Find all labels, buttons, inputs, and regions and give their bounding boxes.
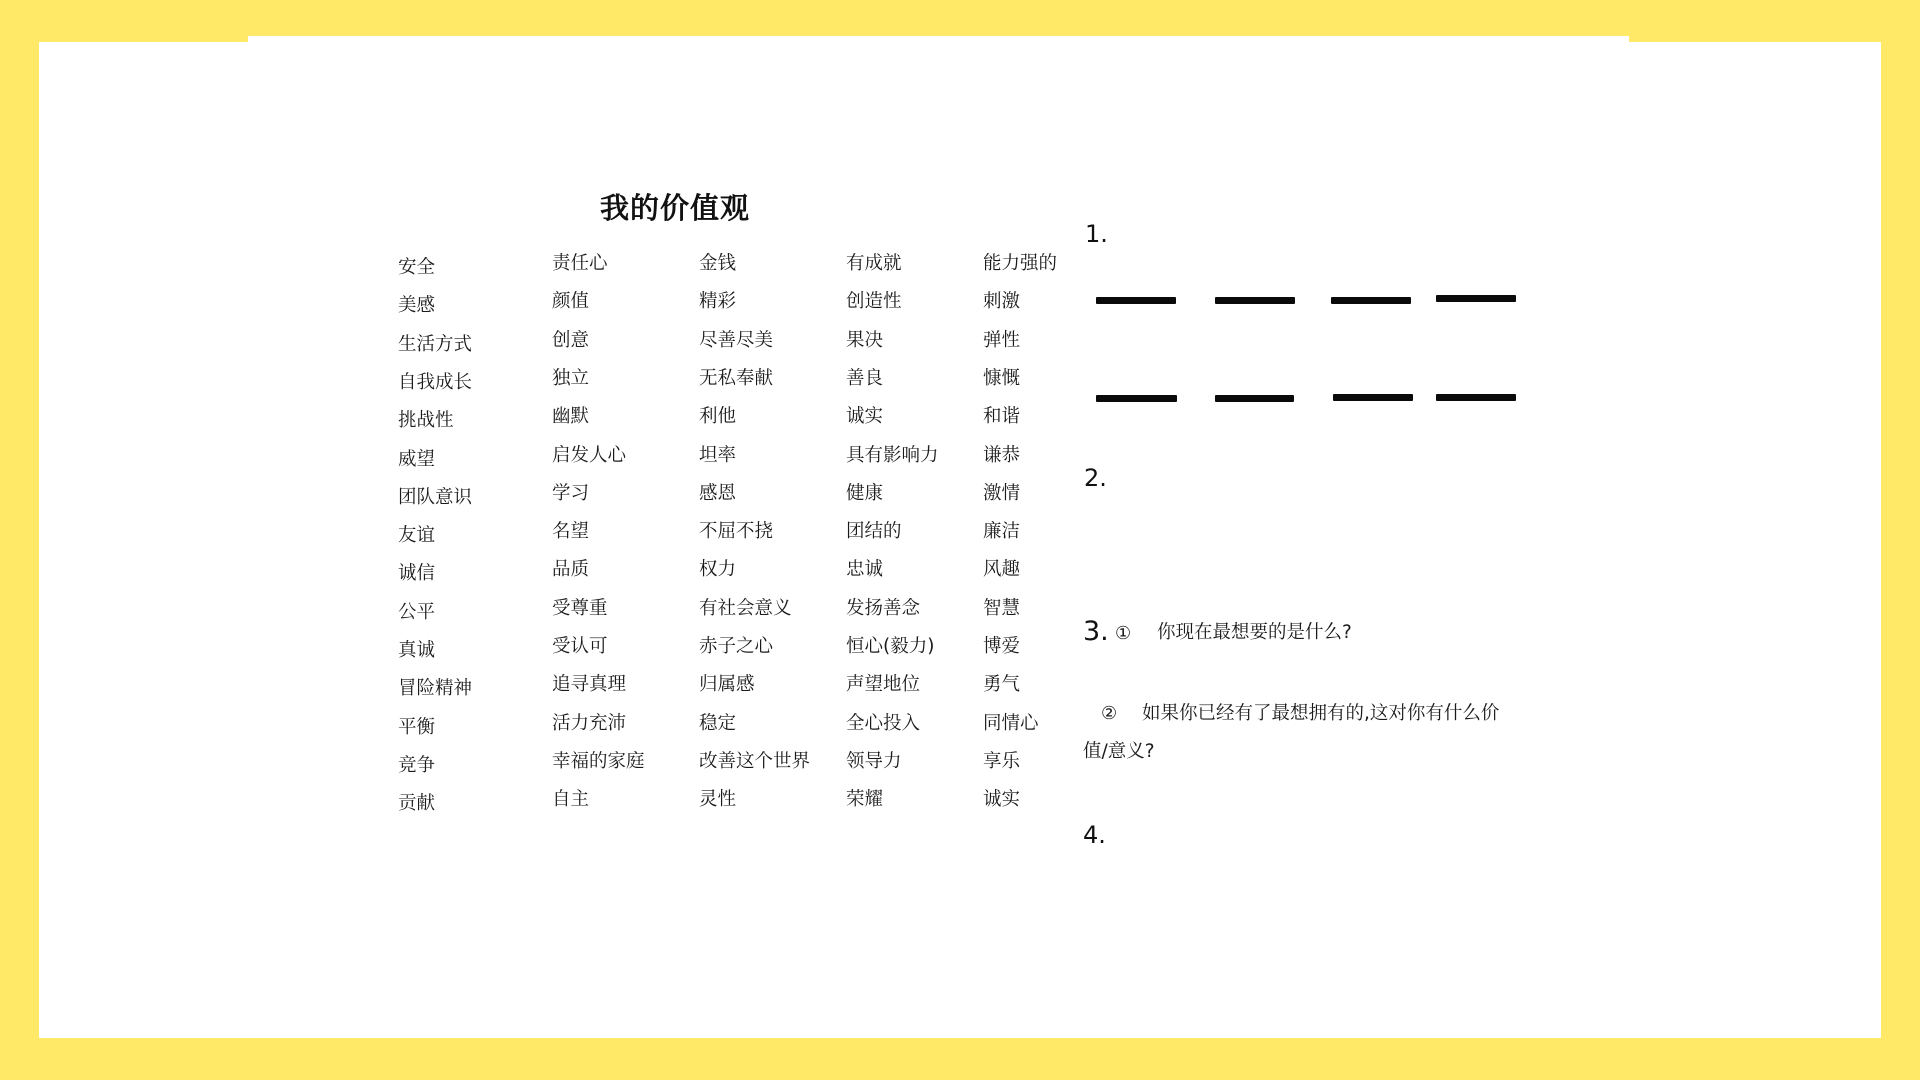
question-3-number: 3. [1083, 619, 1109, 645]
question-4-number: 4. [1083, 822, 1106, 848]
worksheet-panel-top-edge [248, 36, 1629, 44]
value-item: 利他 [699, 406, 736, 428]
value-item: 果决 [846, 330, 883, 352]
value-item: 生活方式 [398, 334, 472, 356]
question-2-number: 2. [1084, 465, 1107, 491]
value-item: 学习 [552, 483, 589, 505]
answer-blank-1-2[interactable] [1215, 297, 1295, 304]
value-item: 智慧 [983, 598, 1020, 620]
value-item: 尽善尽美 [699, 330, 773, 352]
sub-question-1-text: 你现在最想要的是什么? [1157, 622, 1352, 644]
value-item: 责任心 [552, 253, 608, 275]
value-item: 受认可 [552, 636, 608, 658]
value-item: 名望 [552, 521, 589, 543]
answer-blank-1-1[interactable] [1096, 297, 1176, 304]
value-item: 稳定 [699, 713, 736, 735]
value-item: 灵性 [699, 789, 736, 811]
value-item: 诚实 [983, 789, 1020, 811]
value-item: 平衡 [398, 717, 435, 739]
value-item: 声望地位 [846, 674, 920, 696]
value-item: 自我成长 [398, 372, 472, 394]
value-item: 激情 [983, 483, 1020, 505]
value-item: 荣耀 [846, 789, 883, 811]
value-item: 恒心(毅力) [846, 636, 934, 658]
value-item: 精彩 [699, 291, 736, 313]
value-item: 安全 [398, 257, 435, 279]
value-item: 品质 [552, 559, 589, 581]
sub-question-1-marker: ① [1115, 623, 1131, 645]
value-item: 归属感 [699, 674, 755, 696]
answer-blank-1-3[interactable] [1331, 297, 1411, 304]
value-item: 弹性 [983, 330, 1020, 352]
value-item: 赤子之心 [699, 636, 773, 658]
value-item: 和谐 [983, 406, 1020, 428]
value-item: 改善这个世界 [699, 751, 810, 773]
sub-question-2-marker: ② [1101, 703, 1117, 725]
value-item: 忠诚 [846, 559, 883, 581]
value-item: 启发人心 [552, 445, 626, 467]
worksheet-panel [39, 42, 1881, 1038]
answer-blank-2-3[interactable] [1333, 394, 1413, 401]
value-item: 创意 [552, 330, 589, 352]
value-item: 有成就 [846, 253, 902, 275]
answer-blank-2-2[interactable] [1215, 395, 1294, 402]
value-item: 诚实 [846, 406, 883, 428]
value-item: 有社会意义 [699, 598, 792, 620]
value-item: 享乐 [983, 751, 1020, 773]
value-item: 追寻真理 [552, 674, 626, 696]
answer-blank-1-4[interactable] [1436, 295, 1516, 302]
value-item: 谦恭 [983, 445, 1020, 467]
sub-question-2-text-line1: 如果你已经有了最想拥有的,这对你有什么价 [1142, 703, 1499, 725]
value-item: 真诚 [398, 640, 435, 662]
value-item: 发扬善念 [846, 598, 920, 620]
page-title: 我的价值观 [600, 186, 770, 227]
sub-question-2-text-line2: 值/意义? [1083, 741, 1155, 763]
value-item: 同情心 [983, 713, 1039, 735]
value-item: 不屈不挠 [699, 521, 773, 543]
value-item: 贡献 [398, 793, 435, 815]
value-item: 诚信 [398, 563, 435, 585]
value-item: 金钱 [699, 253, 736, 275]
value-item: 能力强的 [983, 253, 1057, 275]
value-item: 慷慨 [983, 368, 1020, 390]
value-item: 廉洁 [983, 521, 1020, 543]
value-item: 感恩 [699, 483, 736, 505]
value-item: 领导力 [846, 751, 902, 773]
value-item: 权力 [699, 559, 736, 581]
value-item: 幽默 [552, 406, 589, 428]
value-item: 坦率 [699, 445, 736, 467]
answer-blank-2-4[interactable] [1436, 394, 1516, 401]
value-item: 自主 [552, 789, 589, 811]
value-item: 受尊重 [552, 598, 608, 620]
answer-blank-2-1[interactable] [1096, 395, 1177, 402]
value-item: 全心投入 [846, 713, 920, 735]
value-item: 健康 [846, 483, 883, 505]
value-item: 竞争 [398, 755, 435, 777]
value-item: 活力充沛 [552, 713, 626, 735]
value-item: 创造性 [846, 291, 902, 313]
value-item: 刺激 [983, 291, 1020, 313]
value-item: 冒险精神 [398, 678, 472, 700]
value-item: 团队意识 [398, 487, 472, 509]
value-item: 无私奉献 [699, 368, 773, 390]
value-item: 独立 [552, 368, 589, 390]
value-item: 幸福的家庭 [552, 751, 645, 773]
value-item: 美感 [398, 295, 435, 317]
value-item: 具有影响力 [846, 445, 939, 467]
value-item: 威望 [398, 449, 435, 471]
value-item: 善良 [846, 368, 883, 390]
value-item: 公平 [398, 602, 435, 624]
value-item: 颜值 [552, 291, 589, 313]
value-item: 挑战性 [398, 410, 454, 432]
value-item: 风趣 [983, 559, 1020, 581]
question-1-number: 1. [1085, 221, 1108, 247]
value-item: 团结的 [846, 521, 902, 543]
value-item: 博爱 [983, 636, 1020, 658]
value-item: 友谊 [398, 525, 435, 547]
value-item: 勇气 [983, 674, 1020, 696]
